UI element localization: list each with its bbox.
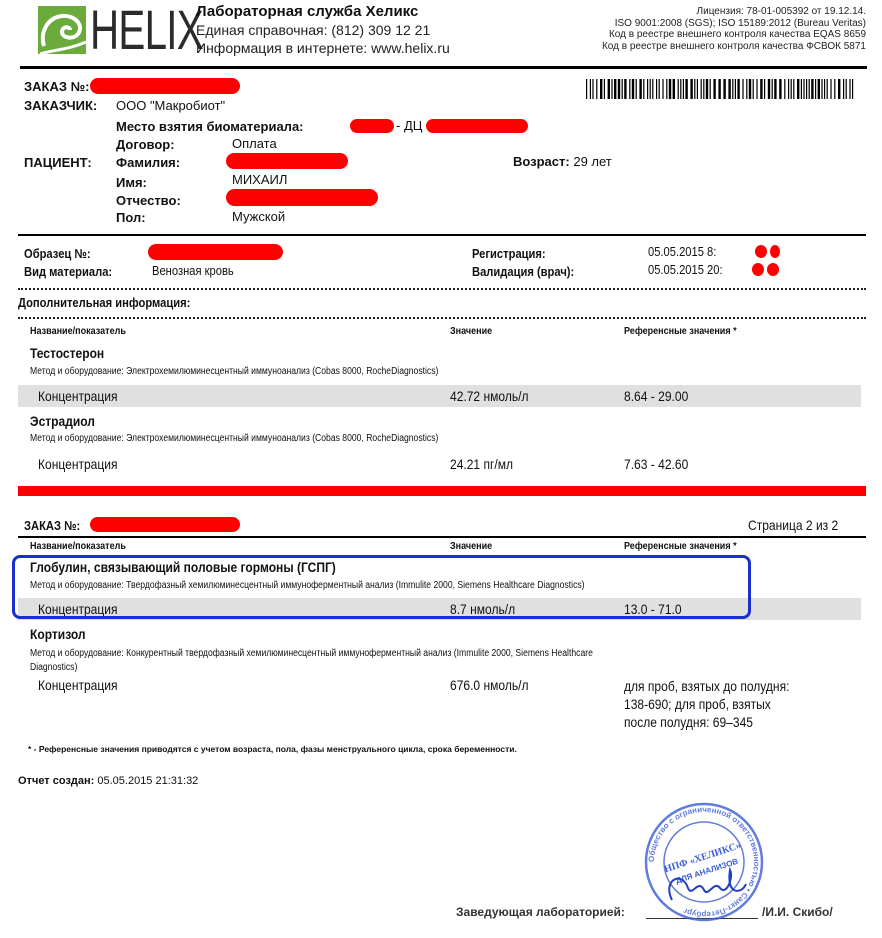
contract-label: Договор: (116, 137, 175, 152)
shbg-highlight-box (12, 555, 751, 619)
customer-label: ЗАКАЗЧИК: (24, 98, 97, 113)
test-title: Эстрадиол (30, 413, 106, 429)
dotted-divider (18, 288, 866, 290)
signature-name: /И.И. Скибо/ (762, 905, 833, 919)
website-line[interactable]: Информация в интернете: www.helix.ru (196, 40, 450, 56)
registration-value: 05.05.2015 8: (648, 244, 728, 259)
material-value: Венозная кровь (152, 263, 247, 278)
result-reference: 8.64 - 29.00 (624, 388, 699, 404)
test-method: Метод и оборудование: Электрохемилюминес… (30, 433, 505, 444)
column-header-name: Название/показатель (30, 325, 142, 337)
registration-label: Регистрация: (472, 246, 558, 261)
result-value: 676.0 нмоль/л (450, 677, 541, 693)
spiral-logo-icon (38, 6, 86, 54)
header-divider (20, 66, 867, 69)
column-header-value: Значение (450, 540, 499, 552)
page-break-bar (18, 486, 866, 496)
logo-wordmark: HELIX (90, 0, 203, 60)
place-redacted-1 (350, 119, 394, 133)
place-redacted-2 (426, 119, 528, 133)
eqas-text: Код в реестре внешнего контроля качества… (602, 29, 866, 41)
patronymic-redacted (226, 189, 378, 206)
page2-order-label: ЗАКАЗ №: (24, 518, 89, 533)
result-value: 42.72 нмоль/л (450, 388, 541, 404)
result-param: Концентрация (38, 388, 130, 404)
website-link[interactable]: Информация в интернете: www.helix.ru (196, 40, 450, 56)
age-field: Возраст: 29 лет (513, 154, 612, 169)
test-method: Метод и оборудование: Электрохемилюминес… (30, 366, 505, 377)
company-stamp-icon: Общество с ограниченной ответственностью… (642, 800, 766, 924)
name-value: МИХАИЛ (232, 172, 287, 187)
validation-time-redacted-2 (767, 263, 779, 276)
registration-time-redacted-2 (770, 245, 780, 258)
section-divider (18, 234, 866, 236)
column-header-name: Название/показатель (30, 540, 142, 552)
validation-value: 05.05.2015 20: (648, 262, 735, 277)
license-text: Лицензия: 78-01-005392 от 19.12.14. (602, 6, 866, 18)
result-reference: для проб, взятых до полудня: 138-690; дл… (624, 677, 816, 731)
sample-label: Образец №: (24, 246, 101, 261)
sex-value: Мужской (232, 209, 285, 224)
test-method: Метод и оборудование: Конкурентный тверд… (30, 648, 685, 659)
test-title: Кортизол (30, 626, 95, 642)
barcode-icon (586, 79, 854, 99)
age-label: Возраст: (513, 154, 570, 169)
test-method-continued: Diagnostics) (30, 662, 85, 673)
age-value: 29 лет (573, 154, 611, 169)
order-label: ЗАКАЗ №: (24, 79, 89, 94)
name-label: Имя: (116, 175, 147, 190)
place-mid: - ДЦ (396, 118, 422, 133)
result-param: Концентрация (38, 677, 130, 693)
validation-label: Валидация (врач): (472, 264, 591, 279)
report-created: Отчет создан: 05.05.2015 21:31:32 (18, 775, 198, 787)
column-header-value: Значение (450, 325, 499, 337)
material-label: Вид материала: (24, 264, 127, 279)
lab-name: Лабораторная служба Хеликс (196, 3, 418, 20)
result-row-background (18, 385, 861, 407)
column-header-reference: Референсные значения * (624, 540, 755, 552)
test-title: Тестостерон (30, 345, 116, 361)
result-value: 24.21 пг/мл (450, 456, 523, 472)
license-block: Лицензия: 78-01-005392 от 19.12.14. ISO … (602, 6, 866, 52)
page2-order-number-redacted (90, 517, 240, 532)
signature-label: Заведующая лабораторией: (456, 905, 625, 919)
patient-label: ПАЦИЕНТ: (24, 155, 92, 170)
iso-text: ISO 9001:2008 (SGS); ISO 15189:2012 (Bur… (602, 18, 866, 30)
validation-time-redacted-1 (752, 263, 764, 276)
sample-number-redacted (148, 244, 283, 260)
sex-label: Пол: (116, 210, 146, 225)
customer-value: ООО "Макробиот" (116, 98, 225, 113)
additional-info-heading: Дополнительная информация: (18, 295, 218, 310)
dotted-divider (18, 317, 866, 319)
phone-line: Единая справочная: (812) 309 12 21 (196, 22, 430, 38)
result-param: Концентрация (38, 456, 130, 472)
page2-divider (18, 536, 866, 538)
place-label: Место взятия биоматериала: (116, 119, 304, 134)
column-header-reference: Референсные значения * (624, 325, 755, 337)
order-number-redacted (90, 78, 240, 94)
fsvok-text: Код в реестре внешнего контроля качества… (602, 41, 866, 53)
registration-time-redacted-1 (755, 245, 767, 258)
patronymic-label: Отчество: (116, 193, 181, 208)
result-reference: 7.63 - 42.60 (624, 456, 699, 472)
surname-label: Фамилия: (116, 155, 180, 170)
contract-value: Оплата (232, 136, 277, 151)
page-indicator: Страница 2 из 2 (748, 517, 853, 533)
footnote: * - Референсные значения приводятся с уч… (28, 744, 517, 754)
surname-redacted (226, 153, 348, 169)
